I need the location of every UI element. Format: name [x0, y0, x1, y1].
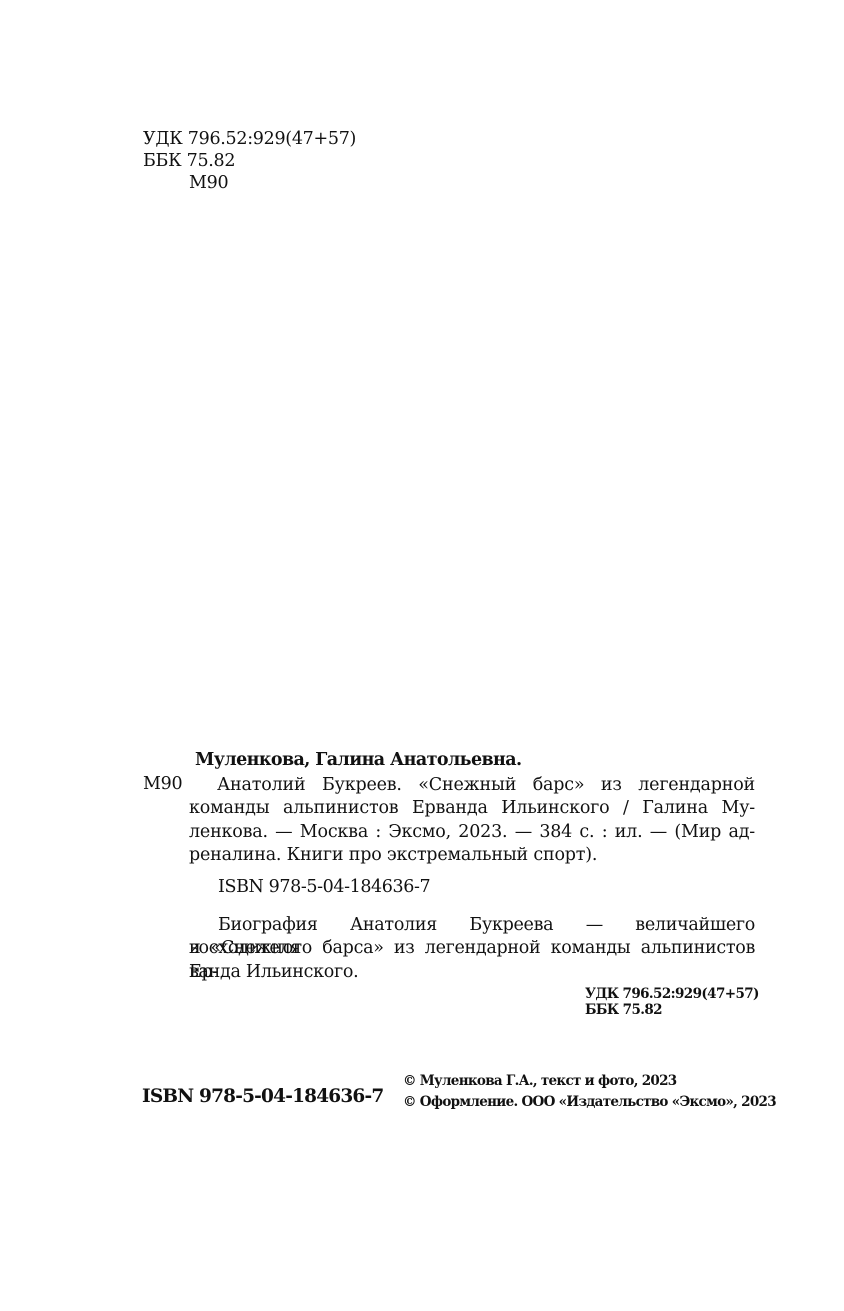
- bibliographic-description: Анатолий Букреев. «Снежный барс» из леге…: [189, 774, 755, 867]
- classification-codes-top: УДК 796.52:929(47+57) ББК 75.82 М90: [143, 128, 356, 194]
- description-line: Анатолий Букреев. «Снежный барс» из леге…: [189, 774, 755, 797]
- udk-code: УДК 796.52:929(47+57): [143, 128, 356, 150]
- isbn-footer: ISBN 978-5-04-184636-7: [142, 1086, 383, 1107]
- annotation-line: и «Снежного барса» из легендарной команд…: [189, 937, 755, 960]
- copyright-design: © Оформление. ООО «Издательство «Эксмо»,…: [403, 1092, 776, 1113]
- copyright-block: © Муленкова Г.А., текст и фото, 2023 © О…: [403, 1071, 776, 1113]
- bbk-code-bottom: ББК 75.82: [585, 1002, 759, 1018]
- description-line: команды альпинистов Ерванда Ильинского /…: [189, 797, 755, 820]
- classification-codes-bottom: УДК 796.52:929(47+57) ББК 75.82: [585, 986, 759, 1018]
- isbn-entry: ISBN 978-5-04-184636-7: [218, 877, 430, 897]
- annotation: Биография Анатолия Букреева — величайшег…: [189, 914, 755, 984]
- entry-author-mark: М90: [143, 774, 182, 794]
- author-name: Муленкова, Галина Анатольевна.: [195, 750, 522, 770]
- udk-code-bottom: УДК 796.52:929(47+57): [585, 986, 759, 1002]
- bbk-code: ББК 75.82: [143, 150, 356, 172]
- description-line: ленкова. — Москва : Эксмо, 2023. — 384 с…: [189, 821, 755, 844]
- author-mark: М90: [143, 172, 356, 194]
- copyright-text-photo: © Муленкова Г.А., текст и фото, 2023: [403, 1071, 776, 1092]
- annotation-line: Биография Анатолия Букреева — величайшег…: [189, 914, 755, 937]
- description-line: реналина. Книги про экстремальный спорт)…: [189, 844, 755, 867]
- annotation-line: ванда Ильинского.: [189, 961, 755, 984]
